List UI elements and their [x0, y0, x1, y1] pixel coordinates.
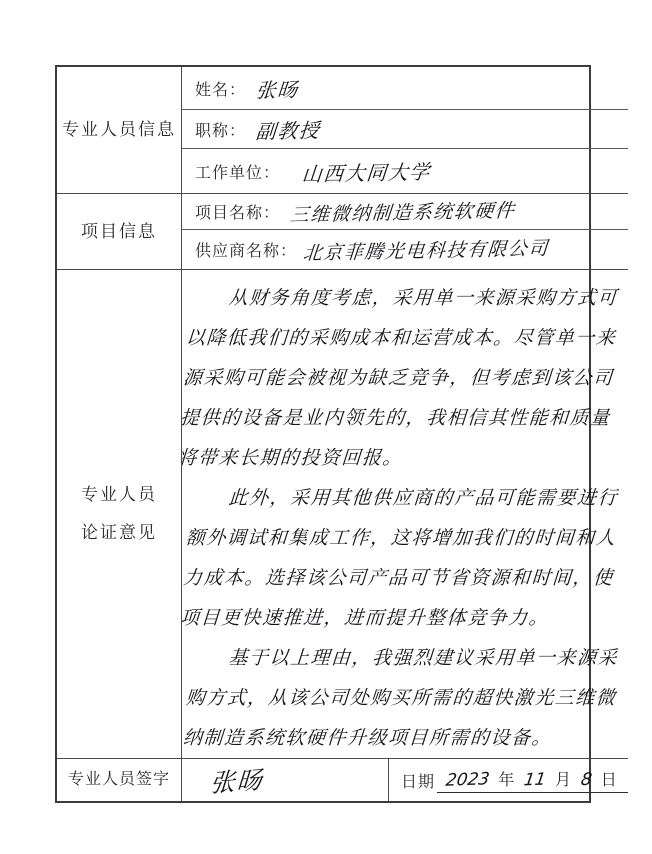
date-prefix-label: 日期 [401, 769, 435, 792]
section-label-signature: 专业人员签字 [57, 758, 182, 801]
procurement-review-form: 专业人员信息 姓名： 张旸 职称： 副教授 工作单位： 山西大同大学 项目信息 … [55, 65, 591, 803]
signature-row: 张旸 日期 2023 年 11 月 8 日 [182, 758, 628, 801]
section-label-project-info: 项目信息 [57, 193, 182, 269]
date-month-unit-label: 月 [555, 772, 572, 789]
opinion-paragraph-1: 从财务角度考虑，采用单一来源采购方式可以降低我们的采购成本和运营成本。尽管单一来… [182, 278, 624, 478]
section-label-project-info-text: 项目信息 [81, 213, 157, 251]
name-field-label: 姓名： [195, 77, 246, 100]
section-label-personnel-info-text: 专业人员信息 [62, 111, 176, 149]
date-underline: 2023 年 11 月 8 日 [437, 767, 628, 793]
supplier-name-field-label: 供应商名称： [195, 238, 297, 261]
date-cell: 日期 2023 年 11 月 8 日 [389, 759, 628, 801]
project-name-field-label: 项目名称： [195, 200, 280, 223]
date-year-unit-label: 年 [498, 772, 515, 789]
title-field-value: 副教授 [255, 114, 322, 144]
work-unit-field-value: 山西大同大学 [301, 155, 432, 187]
section-label-signature-text: 专业人员签字 [68, 761, 170, 799]
opinion-paragraph-3: 基于以上理由，我强烈建议采用单一来源采购方式，从该公司处购买所需的超快激光三维微… [182, 638, 624, 758]
title-field-label: 职称： [195, 118, 246, 141]
opinion-text-cell: 从财务角度考虑，采用单一来源采购方式可以降低我们的采购成本和运营成本。尽管单一来… [182, 269, 628, 758]
section-label-opinion-line1: 专业人员 [81, 476, 157, 514]
name-field-value: 张旸 [255, 73, 300, 103]
project-name-field-value: 三维微纳制造系统软硬件 [289, 196, 517, 228]
date-day-unit-label: 日 [601, 772, 618, 789]
row-supplier-name: 供应商名称： 北京菲腾光电科技有限公司 [182, 229, 628, 269]
row-work-unit: 工作单位： 山西大同大学 [182, 148, 628, 193]
opinion-paragraph-2: 此外，采用其他供应商的产品可能需要进行额外调试和集成工作，这将增加我们的时间和人… [182, 478, 624, 638]
row-name: 姓名： 张旸 [182, 67, 628, 109]
scanned-form-page: 专业人员信息 姓名： 张旸 职称： 副教授 工作单位： 山西大同大学 项目信息 … [0, 0, 652, 854]
date-day-value: 8 [580, 770, 594, 790]
work-unit-field-label: 工作单位： [195, 160, 280, 183]
section-label-personnel-info: 专业人员信息 [57, 67, 182, 193]
signature-handwritten-name: 张旸 [209, 760, 265, 800]
date-month-value: 11 [523, 770, 548, 791]
row-title: 职称： 副教授 [182, 109, 628, 148]
section-label-opinion-line2: 论证意见 [81, 514, 157, 552]
date-year-value: 2023 [444, 769, 490, 790]
supplier-name-field-value: 北京菲腾光电科技有限公司 [302, 233, 550, 265]
row-project-name: 项目名称： 三维微纳制造系统软硬件 [182, 193, 628, 229]
section-label-opinion: 专业人员 论证意见 [57, 269, 182, 758]
signature-cell: 张旸 [182, 759, 389, 801]
